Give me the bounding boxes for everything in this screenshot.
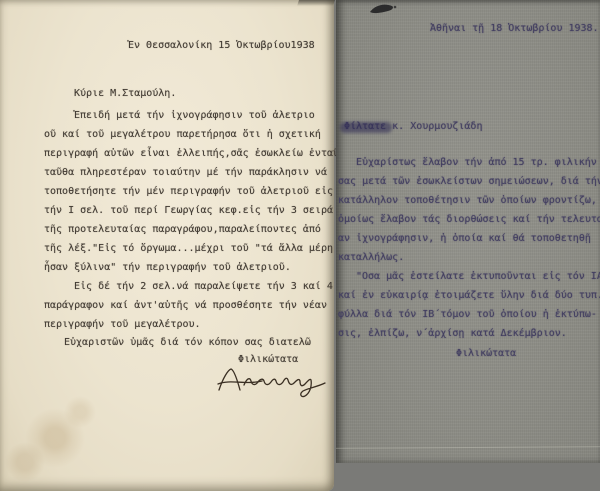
letter-line: τήν Ι σελ. τοῦ περί Γεωργίας κεφ.εἰς τήν…: [44, 201, 336, 220]
left-letter-dateline: Ἐν Θεσσαλονίκη 15 Ὀκτωβρίου1938: [128, 40, 315, 51]
letter-line: σας μετά τῶν ἐσωκλείστων σημειώσεων, διά…: [338, 172, 600, 191]
letter-line: σις, ἐλπίζω, ν΄ἀρχίσῃ κατά Δεκέμβριον.: [338, 324, 600, 343]
letter-line: περιγραφή αὐτῶν εἶναι ἐλλειπής,σᾶς ἐσωκλ…: [44, 144, 336, 163]
letter-line: τῆς λέξ."Εἰς τό ὄργωμα...μέχρι τοῦ "τά ἄ…: [44, 239, 336, 258]
ink-blot: [368, 1, 398, 20]
letter-line: Εἰς δέ τήν 2 σελ.νά παραλείψετε τήν 3 κα…: [44, 277, 336, 296]
letter-line: Εὐχαρίστως ἔλαβον τήν ἀπό 15 τρ. φιλικήν: [338, 153, 600, 172]
left-letter-closing: Εὐχαριστῶν ὑμᾶς διά τόν κόπον σας διατελ…: [64, 337, 311, 348]
right-letter-valediction: Φιλικώτατα: [456, 348, 516, 359]
left-letter-salutation: Κύριε Μ.Σταμούλη.: [74, 88, 176, 99]
right-letter-dateline: Ἀθῆναι τῇ 18 Ὀκτωβρίου 1938.: [430, 23, 599, 34]
scanned-letters-page: Ἐν Θεσσαλονίκη 15 Ὀκτωβρίου1938 Κύριε Μ.…: [0, 0, 600, 491]
letter-line: παράγραφον καί ἀντ'αὐτῆς νά προσθέσητε τ…: [44, 296, 336, 315]
letter-line: αν ἰχνογράφησιν, ἡ ὁποία καί θά τοποθετη…: [338, 229, 600, 248]
letter-line: ἦσαν ξύλινα" τήν περιγραφήν τοῦ ἀλετριοῦ…: [44, 258, 336, 277]
ink-smudge: [340, 122, 392, 133]
letter-line: ταῦθα πληρεστέραν τοιαύτην μέ τήν παράκλ…: [44, 163, 336, 182]
letter-line: "Οσα μᾶς ἐστείλατε ἐκτυποῦνται εἰς τόν Ι…: [338, 267, 600, 286]
left-letter-body: Ἐπειδή μετά τήν ἰχνογράφησιν τοῦ ἀλετριο…: [44, 106, 336, 334]
letter-line: κατάλληλον τοποθέτησιν τῶν ὁποίων φροντί…: [338, 191, 600, 210]
letter-line: περιγραφήν τοῦ μεγαλέτρου.: [44, 315, 336, 334]
letter-line: τοποθετήσητε τήν μέν περιγραφήν τοῦ ἀλετ…: [44, 182, 336, 201]
left-letter-paper: Ἐν Θεσσαλονίκη 15 Ὀκτωβρίου1938 Κύριε Μ.…: [0, 0, 334, 491]
letter-line: τῆς προτελευταίας παραγράφου,παραλείποντ…: [44, 220, 336, 239]
handwritten-signature: [216, 362, 328, 406]
letter-line: ὁμοίως ἔλαβον τάς διορθώσεις καί τήν τελ…: [338, 210, 600, 229]
right-letter-body: Εὐχαρίστως ἔλαβον τήν ἀπό 15 τρ. φιλικήν…: [338, 153, 600, 343]
letter-line: οῦ καί τοῦ μεγαλέτρου παρετήρησα ὅτι ἡ σ…: [44, 125, 336, 144]
letter-line: Ἐπειδή μετά τήν ἰχνογράφησιν τοῦ ἀλετριο: [44, 106, 336, 125]
letter-line: φύλλα διά τόν ΙΒ΄τόμον τοῦ ὁποίου ἡ ἐκτύ…: [338, 305, 600, 324]
letter-line: καί ἐν εὐκαιρίᾳ ἑτοιμάζετε ὕλην διά δύο …: [338, 286, 600, 305]
letter-line: καταλλήλως.: [338, 248, 600, 267]
